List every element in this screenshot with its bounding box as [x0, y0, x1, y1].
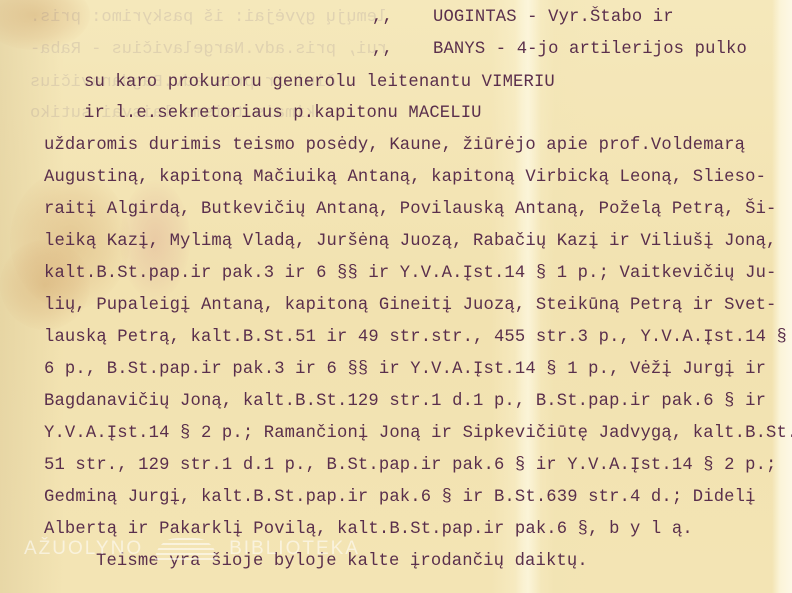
text-line: Augustiną, kapitoną Mačiuiką Antaną, kap… [44, 168, 766, 187]
watermark-left: AŽUOLYNO [24, 538, 143, 560]
text-line: raitį Algirdą, Butkevičių Antaną, Povila… [44, 200, 777, 219]
text-line: ,, [372, 8, 393, 27]
library-logo-icon [155, 538, 217, 560]
text-line: Bagdanavičių Joną, kalt.B.St.129 str.1 d… [44, 392, 766, 411]
watermark: AŽUOLYNO BIBLIOTEKA [24, 538, 360, 560]
text-line: BANYS - 4-jo artilerijos pulko [433, 40, 747, 59]
text-line: lauską Petrą, kalt.B.St.51 ir 49 str.str… [44, 328, 787, 347]
document-page: lemųjų gyvėjai: iš paskyrimo: pris. rui,… [0, 0, 792, 593]
text-line: su karo prokuroru generolu leitenantu VI… [84, 73, 555, 92]
typewritten-text: ,,UOGINTAS - Vyr.Štabo ir,,BANYS - 4-jo … [0, 0, 792, 593]
text-line: Gedminą Jurgį, kalt.B.St.pap.ir pak.6 § … [44, 488, 756, 507]
text-line: 6 p., B.St.pap.ir pak.3 ir 6 §§ ir Y.V.A… [44, 360, 766, 379]
text-line: uždaromis durimis teismo posėdy, Kaune, … [44, 136, 745, 155]
text-line: ir l.e.sekretoriaus p.kapitonu MACELIU [84, 104, 482, 123]
text-line: 51 str., 129 str.1 d.1 p., B.St.pap.ir p… [44, 456, 777, 475]
text-line: leiką Kazį, Mylimą Vladą, Juršėną Juozą,… [44, 232, 777, 251]
text-line: ,, [372, 40, 393, 59]
text-line: UOGINTAS - Vyr.Štabo ir [433, 8, 674, 27]
text-line: kalt.B.St.pap.ir pak.3 ir 6 §§ ir Y.V.A.… [44, 264, 777, 283]
watermark-right: BIBLIOTEKA [229, 538, 360, 560]
text-line: lių, Pupaleigį Antaną, kapitoną Gineitį … [44, 296, 777, 315]
text-line: Albertą ir Pakarklį Povilą, kalt.B.St.pa… [44, 520, 693, 539]
text-line: Y.V.A.Įst.14 § 2 p.; Ramančionį Joną ir … [44, 424, 792, 443]
